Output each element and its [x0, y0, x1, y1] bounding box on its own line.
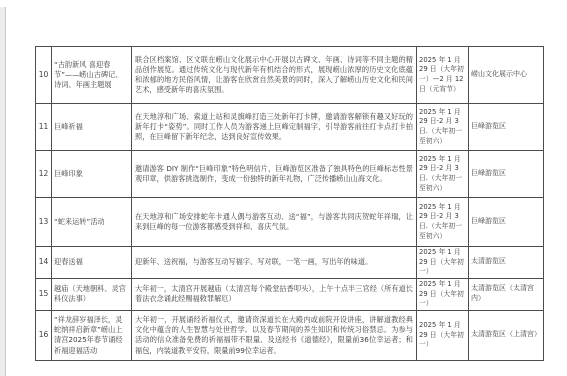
activity-name: 巨峰印象	[52, 151, 132, 198]
table-row: 13 “蛇来运转”活动 在天地淳和广场安排蛇年卡通人偶与游客互动、送“福”，与游…	[36, 198, 544, 247]
activity-name: “祥龙辞岁福泽长，灵蛇纳祥启新章”崂山上清宫2025年春节诵经祈福迎福活动	[52, 310, 132, 360]
activity-date: 2025 年 1 月 29 日-2 月 3 日.（大年初一至初六）	[417, 198, 469, 247]
activity-date: 2025 年 1 月 29 日（大年初一）—2 月 12 日（元宵节）	[417, 47, 469, 104]
activity-date: 2025 年 1 月 29 日（大年初一）	[417, 278, 469, 310]
table-row: 12 巨峰印象 邀请游客 DIY 制作“巨峰印象”特色明信片，巨峰游览区准备了独…	[36, 151, 544, 198]
table-row: 16 “祥龙辞岁福泽长，灵蛇纳祥启新章”崂山上清宫2025年春节诵经祈福迎福活动…	[36, 310, 544, 360]
activity-name: 巨峰祈福	[52, 104, 132, 151]
table-row: 14 迎春送福 迎新年、送祝福，与游客互动写福字、写对联，一笔一画，写出年的味道…	[36, 247, 544, 279]
activity-date: 2025 年 1 月 29 日（大年初一）	[417, 247, 469, 279]
table-row: 11 巨峰祈福 在天地淳和广场、索道上站和灵旗峰打造三处新年打卡牌，邀请游客解锁…	[36, 104, 544, 151]
activity-description: 在天地淳和广场、索道上站和灵旗峰打造三处新年打卡牌，邀请游客解锁有趣又好玩的新年…	[132, 104, 417, 151]
table-row: 10 “古韵新风 喜迎春节”——崂山古碑记、诗词、年画主题展 联合区档案馆、区文…	[36, 47, 544, 104]
table-row: 15 越庙（天地朝科、灵官科仪法事） 大年初一，太清宫开展越庙（太清宫每个殿堂拈…	[36, 278, 544, 310]
row-number: 12	[36, 151, 52, 198]
activity-name: “古韵新风 喜迎春节”——崂山古碑记、诗词、年画主题展	[52, 47, 132, 104]
document-left-edge	[0, 7, 6, 376]
activity-location: 巨峰游览区	[469, 198, 544, 247]
activity-name: “蛇来运转”活动	[52, 198, 132, 247]
activity-location: 太清游览区	[469, 247, 544, 279]
activity-name: 迎春送福	[52, 247, 132, 279]
activity-location: 巨峰游览区	[469, 104, 544, 151]
activity-description: 大年初一，开展诵经祈福仪式，邀请资深道长在大殿内或前院开设讲座，讲解道教经典文化…	[132, 310, 417, 360]
activity-description: 联合区档案馆、区文联在崂山文化展示中心开展以古碑文、年画、诗词等不同主题的精品创…	[132, 47, 417, 104]
activity-description: 邀请游客 DIY 制作“巨峰印象”特色明信片，巨峰游览区准备了独具特色的巨峰标志…	[132, 151, 417, 198]
row-number: 16	[36, 310, 52, 360]
row-number: 13	[36, 198, 52, 247]
activity-date: 2025 年 1 月 29 日-2 月 3 日.（大年初一至初六）	[417, 104, 469, 151]
row-number: 14	[36, 247, 52, 279]
activity-table-body: 10 “古韵新风 喜迎春节”——崂山古碑记、诗词、年画主题展 联合区档案馆、区文…	[36, 47, 544, 361]
row-number: 10	[36, 47, 52, 104]
activity-location: 太清游览区（太清宫内）	[469, 278, 544, 310]
row-number: 15	[36, 278, 52, 310]
activities-table: 10 “古韵新风 喜迎春节”——崂山古碑记、诗词、年画主题展 联合区档案馆、区文…	[35, 46, 544, 361]
activity-location: 崂山文化展示中心	[469, 47, 544, 104]
activity-name: 越庙（天地朝科、灵官科仪法事）	[52, 278, 132, 310]
activity-description: 在天地淳和广场安排蛇年卡通人偶与游客互动、送“福”，与游客共同庆贺蛇年祥瑞，让来…	[132, 198, 417, 247]
activity-description: 大年初一，太清宫开展越庙（太清宫每个殿堂拈香叩头），上午十点半三官经（所有道长着…	[132, 278, 417, 310]
activity-location: 太清游览区（上清宫）	[469, 310, 544, 360]
activity-date: 2025 年 1 月 29 日（大年初一）	[417, 310, 469, 360]
activity-location: 巨峰游览区	[469, 151, 544, 198]
activity-description: 迎新年、送祝福，与游客互动写福字、写对联，一笔一画，写出年的味道。	[132, 247, 417, 279]
activity-date: 2025 年 1 月 29 日-2 月 3 日.（大年初一至初六）	[417, 151, 469, 198]
row-number: 11	[36, 104, 52, 151]
